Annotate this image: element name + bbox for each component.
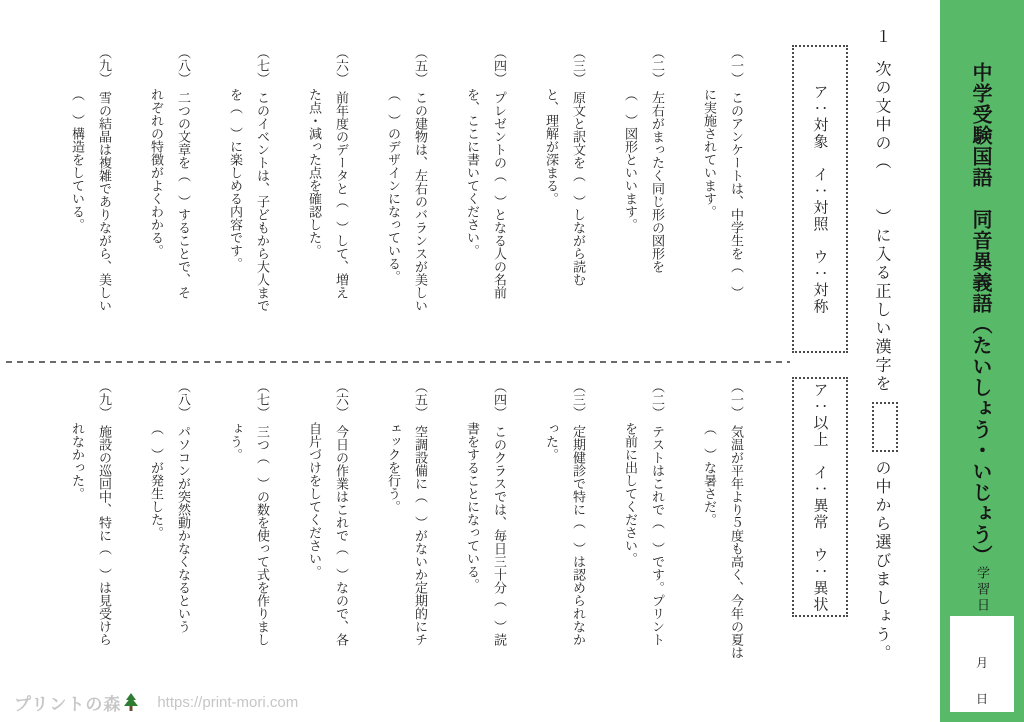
question-number: （三） [571, 46, 586, 85]
day-label: 日 [976, 690, 988, 707]
question-line-1: （二）テストはこれで（ ）です。プリント [644, 380, 671, 710]
question-line-1: （一）このアンケートは、中学生を（ ） [723, 46, 750, 362]
title-band: 中学受験国語 同音異義語（たいしょう・いじょう） 学習日 月 日 [940, 0, 1024, 722]
question-line-1: （八）パソコンが突然動かなくなるという [170, 380, 197, 710]
question-line-1: （二）左右がまったく同じ形の図形を [644, 46, 671, 362]
question-text: 定期健診で特に（ ）は認められなか [571, 425, 586, 646]
question-text: 気温が平年より５度も高く、今年の夏は [729, 425, 744, 659]
instruction-text-before: 次の文中の（ ）に入る正しい漢字を [873, 61, 890, 394]
choice-box-ijou: ア：以上 イ：異常 ウ：異状 [792, 377, 848, 617]
question: （六）前年度のデータと（ ）して、増えた点・減った点を確認した。 [301, 46, 355, 362]
worksheet-title: 中学受験国語 同音異義語（たいしょう・いじょう） [966, 62, 995, 566]
question-text: このイベントは、子どもから大人まで [255, 91, 270, 312]
question: （二）テストはこれで（ ）です。プリントを前に出してください。 [617, 380, 671, 710]
question-line-2: を（ ）に楽しめる内容です。 [222, 46, 249, 362]
question-number: （三） [571, 380, 586, 419]
question-line-1: （四）プレゼントの（ ）となる人の名前 [486, 46, 513, 362]
choice-box-ijou-text: ア：以上 イ：異常 ウ：異状 [810, 382, 831, 613]
question-line-1: （八）二つの文章を（ ）することで、そ [170, 46, 197, 362]
question-line-2: （ ）が発生した。 [143, 380, 170, 710]
question: （五）空調設備に（ ）がないか定期的にチェックを行う。 [380, 380, 434, 710]
question-line-2: （ ）図形といいます。 [617, 46, 644, 362]
question-number: （七） [255, 46, 270, 85]
question-line-2: に実施されています。 [696, 46, 723, 362]
question-line-1: （四）このクラスでは、毎日三十分（ ）読 [486, 380, 513, 710]
question-text: 今日の作業はこれで（ ）なので、各 [334, 425, 349, 646]
question-text: パソコンが突然動かなくなるという [176, 425, 191, 633]
month-label: 月 [976, 654, 988, 671]
question-line-2: た点・減った点を確認した。 [301, 46, 328, 362]
question-line-2: （ ）な暑さだ。 [696, 380, 723, 710]
footer: プリントの森 https://print-mori.com [14, 690, 298, 715]
question-section-lower: （一）気温が平年より５度も高く、今年の夏は（ ）な暑さだ。（二）テストはこれで（… [50, 380, 750, 710]
question-text: 原文と訳文を（ ）しながら読む [571, 91, 586, 286]
question-line-1: （九）施設の巡回中、特に（ ）は見受けら [91, 380, 118, 710]
section-divider [6, 361, 790, 363]
question-line-1: （五）空調設備に（ ）がないか定期的にチ [407, 380, 434, 710]
question-section-upper: （一）このアンケートは、中学生を（ ）に実施されています。（二）左右がまったく同… [50, 46, 750, 362]
question: （三）原文と訳文を（ ）しながら読むと、理解が深まる。 [538, 46, 592, 362]
question-text: 施設の巡回中、特に（ ）は見受けら [97, 425, 112, 646]
question-text: 二つの文章を（ ）することで、そ [176, 91, 191, 299]
question-number: （五） [413, 380, 428, 419]
question-text: テストはこれで（ ）です。プリント [650, 425, 665, 646]
question-number: （九） [97, 46, 112, 85]
choice-box-taishou: ア：対象 イ：対照 ウ：対称 [792, 45, 848, 353]
question-number: （一） [729, 380, 744, 419]
question-text: 左右がまったく同じ形の図形を [650, 91, 665, 273]
question-line-2: ょう。 [222, 380, 249, 710]
question-line-2: （ ）のデザインになっている。 [380, 46, 407, 362]
question-line-2: （ ）構造をしている。 [64, 46, 91, 362]
question-text: 三つ（ ）の数を使って式を作りまし [255, 425, 270, 646]
question-line-1: （七）三つ（ ）の数を使って式を作りまし [249, 380, 276, 710]
question-number: （六） [334, 46, 349, 85]
question-line-2: ェックを行う。 [380, 380, 407, 710]
question-number: （八） [176, 380, 191, 419]
question: （六）今日の作業はこれで（ ）なので、各自片づけをしてください。 [301, 380, 355, 710]
question: （七）このイベントは、子どもから大人までを（ ）に楽しめる内容です。 [222, 46, 276, 362]
question: （五）この建物は、左右のバランスが美しい（ ）のデザインになっている。 [380, 46, 434, 362]
question: （九）施設の巡回中、特に（ ）は見受けられなかった。 [64, 380, 118, 710]
choice-placeholder-box [872, 402, 898, 452]
choice-box-taishou-text: ア：対象 イ：対照 ウ：対称 [810, 84, 831, 315]
question-number: （四） [492, 46, 507, 85]
question-text: 雪の結晶は複雑でありながら、美しい [97, 91, 112, 312]
question: （七）三つ（ ）の数を使って式を作りましょう。 [222, 380, 276, 710]
brand-url: https://print-mori.com [157, 694, 298, 711]
question-text: この建物は、左右のバランスが美しい [413, 91, 428, 312]
question-number: （一） [729, 46, 744, 85]
question-line-2: を、ここに書いてください。 [459, 46, 486, 362]
question-line-2: 自片づけをしてください。 [301, 380, 328, 710]
question: （三）定期健診で特に（ ）は認められなかった。 [538, 380, 592, 710]
instruction-text-after: の中から選びましょう。 [873, 460, 890, 664]
question-number: （五） [413, 46, 428, 85]
question: （四）プレゼントの（ ）となる人の名前を、ここに書いてください。 [459, 46, 513, 362]
worksheet-page: 中学受験国語 同音異義語（たいしょう・いじょう） 学習日 月 日 １次の文中の（… [0, 0, 1024, 722]
question-text: このアンケートは、中学生を（ ） [729, 91, 744, 299]
question: （四）このクラスでは、毎日三十分（ ）読書をすることになっている。 [459, 380, 513, 710]
question-number: （九） [97, 380, 112, 419]
question-line-1: （六）今日の作業はこれで（ ）なので、各 [328, 380, 355, 710]
question-line-2: れなかった。 [64, 380, 91, 710]
study-date-label: 学習日 [973, 566, 992, 614]
question-line-1: （六）前年度のデータと（ ）して、増え [328, 46, 355, 362]
question: （八）パソコンが突然動かなくなるという（ ）が発生した。 [143, 380, 197, 710]
question-number: （四） [492, 380, 507, 419]
question-line-1: （七）このイベントは、子どもから大人まで [249, 46, 276, 362]
question-text: 前年度のデータと（ ）して、増え [334, 91, 349, 299]
question-number: （二） [650, 380, 665, 419]
question-number: （六） [334, 380, 349, 419]
question: （二）左右がまったく同じ形の図形を（ ）図形といいます。 [617, 46, 671, 362]
question-line-1: （三）定期健診で特に（ ）は認められなか [565, 380, 592, 710]
brand-logo: プリントの森 [14, 690, 121, 715]
question-line-1: （九）雪の結晶は複雑でありながら、美しい [91, 46, 118, 362]
question-line-2: と、理解が深まる。 [538, 46, 565, 362]
question: （九）雪の結晶は複雑でありながら、美しい（ ）構造をしている。 [64, 46, 118, 362]
date-entry-box[interactable]: 月 日 [950, 616, 1014, 712]
question-line-2: った。 [538, 380, 565, 710]
question-line-2: れぞれの特徴がよくわかる。 [143, 46, 170, 362]
question-line-1: （三）原文と訳文を（ ）しながら読む [565, 46, 592, 362]
question: （一）気温が平年より５度も高く、今年の夏は（ ）な暑さだ。 [696, 380, 750, 710]
question: （八）二つの文章を（ ）することで、それぞれの特徴がよくわかる。 [143, 46, 197, 362]
tree-icon [123, 693, 139, 712]
question: （一）このアンケートは、中学生を（ ）に実施されています。 [696, 46, 750, 362]
question-line-2: を前に出してください。 [617, 380, 644, 710]
question-number: （八） [176, 46, 191, 85]
question-text: プレゼントの（ ）となる人の名前 [492, 91, 507, 299]
question-text: このクラスでは、毎日三十分（ ）読 [492, 425, 507, 646]
instruction-number: １ [873, 28, 890, 47]
question-line-1: （一）気温が平年より５度も高く、今年の夏は [723, 380, 750, 710]
question-text: 空調設備に（ ）がないか定期的にチ [413, 425, 428, 646]
question-number: （七） [255, 380, 270, 419]
question-line-2: 書をすることになっている。 [459, 380, 486, 710]
question-line-1: （五）この建物は、左右のバランスが美しい [407, 46, 434, 362]
question-number: （二） [650, 46, 665, 85]
instruction: １次の文中の（ ）に入る正しい漢字をの中から選びましょう。 [870, 28, 898, 663]
